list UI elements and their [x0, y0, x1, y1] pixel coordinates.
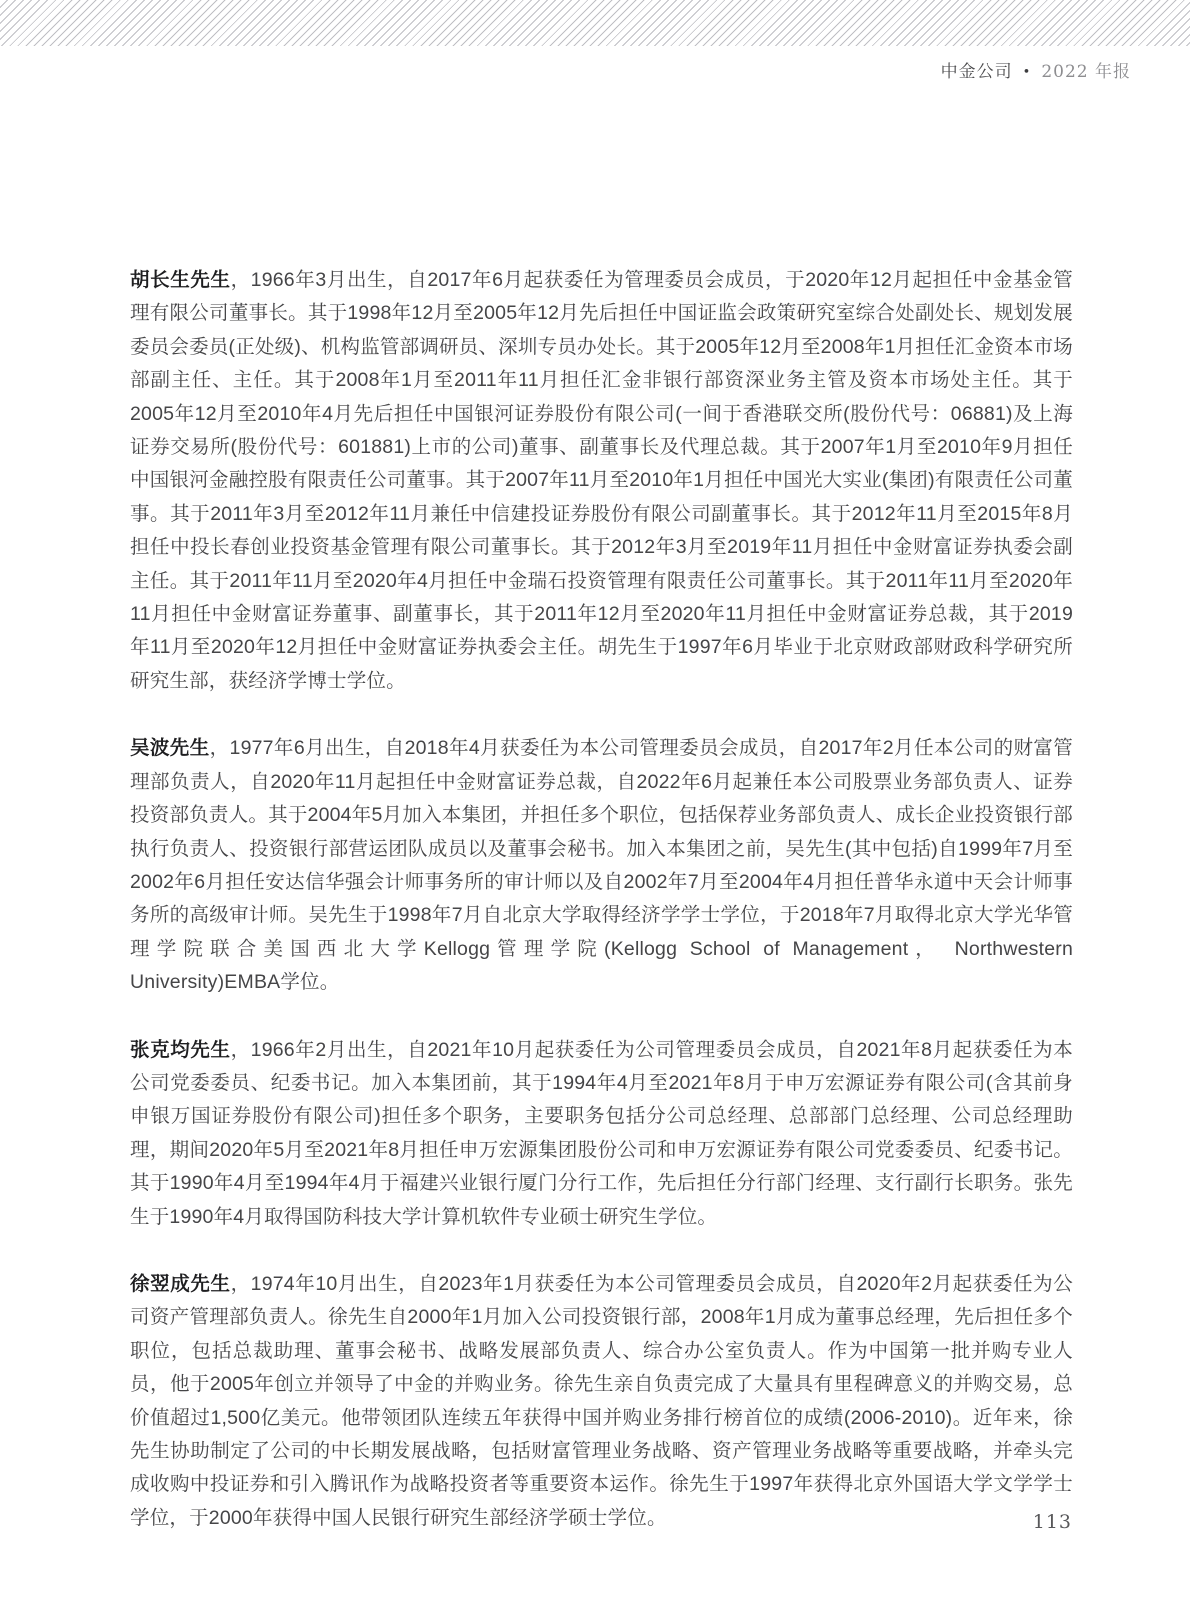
bio-paragraph-xu-yicheng: 徐翌成先生，1974年10月出生，自2023年1月获委任为本公司管理委员会成员，… — [130, 1268, 1073, 1535]
person-name: 张克均先生 — [130, 1039, 231, 1061]
person-name: 胡长生先生 — [130, 269, 231, 291]
bio-text: ，1974年10月出生，自2023年1月获委任为本公司管理委员会成员，自2020… — [130, 1273, 1073, 1529]
page-header: 中金公司•2022 年报 — [941, 60, 1131, 85]
bio-text: ，1966年3月出生，自2017年6月起获委任为管理委员会成员，于2020年12… — [130, 269, 1073, 692]
bio-paragraph-zhang-kejun: 张克均先生，1966年2月出生，自2021年10月起获委任为公司管理委员会成员，… — [130, 1034, 1073, 1234]
page-number: 113 — [1033, 1511, 1072, 1533]
decorative-hatch-band — [0, 0, 1190, 46]
report-edition: 2022 年报 — [1041, 62, 1131, 82]
bio-text: ，1966年2月出生，自2021年10月起获委任为公司管理委员会成员，自2021… — [130, 1039, 1073, 1228]
person-name: 吴波先生 — [130, 737, 210, 759]
bullet-separator-icon: • — [1023, 65, 1032, 80]
bio-paragraph-wu-bo: 吴波先生，1977年6月出生，自2018年4月获委任为本公司管理委员会成员，自2… — [130, 732, 1073, 999]
brand-name: 中金公司 — [941, 62, 1013, 82]
person-name: 徐翌成先生 — [130, 1273, 231, 1295]
executive-biographies: 胡长生先生，1966年3月出生，自2017年6月起获委任为管理委员会成员，于20… — [130, 264, 1073, 1535]
annual-report-page: 中金公司•2022 年报 胡长生先生，1966年3月出生，自2017年6月起获委… — [0, 0, 1190, 1615]
bio-text: ，1977年6月出生，自2018年4月获委任为本公司管理委员会成员，自2017年… — [130, 737, 1073, 993]
bio-paragraph-hu-changsheng: 胡长生先生，1966年3月出生，自2017年6月起获委任为管理委员会成员，于20… — [130, 264, 1073, 698]
